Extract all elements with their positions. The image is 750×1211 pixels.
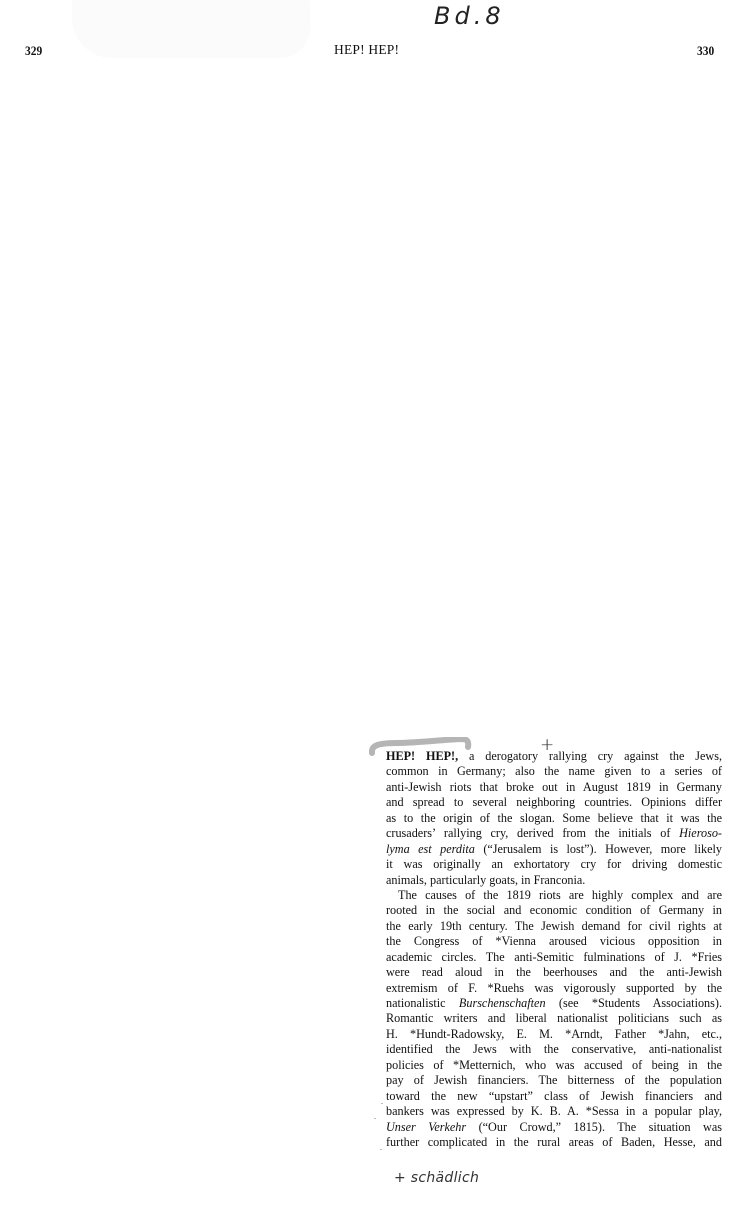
- article-line: common in Germany; also the name given t…: [386, 764, 722, 779]
- margin-dot: [381, 1103, 383, 1104]
- article-text: anti-Jewish riots that broke out in Augu…: [386, 780, 722, 794]
- article-line: further complicated in the rural areas o…: [386, 1135, 722, 1150]
- article-text: pay of Jewish financiers. The bitterness…: [386, 1073, 722, 1087]
- article-text: extremism of F. *Ruehs was vigorously su…: [386, 981, 722, 995]
- article-text: Romantic writers and liberal nationalist…: [386, 1011, 722, 1025]
- article-line: the Congress of *Vienna aroused vicious …: [386, 934, 722, 949]
- article-line: toward the new “upstart” class of Jewish…: [386, 1089, 722, 1104]
- article-text: (see *Students Associations).: [546, 996, 722, 1010]
- article-line: policies of *Metternich, who was accused…: [386, 1058, 722, 1073]
- article-text: academic circles. The anti-Semitic fulmi…: [386, 950, 722, 964]
- article-text: the early 19th century. The Jewish deman…: [386, 919, 722, 933]
- article-text: toward the new “upstart” class of Jewish…: [386, 1089, 722, 1103]
- running-head: HEP! HEP!: [334, 42, 399, 58]
- page-number-right: 330: [697, 43, 714, 59]
- article-text: it was originally an exhortatory cry for…: [386, 857, 722, 871]
- article-text: were read aloud in the beerhouses and th…: [386, 965, 722, 979]
- article-line: nationalistic Burschenschaften (see *Stu…: [386, 996, 722, 1011]
- page-number-left: 329: [25, 43, 42, 59]
- italic-term: Hieroso-: [679, 826, 722, 840]
- article-line: identified the Jews with the conservativ…: [386, 1042, 722, 1057]
- handwritten-volume-note: Bd.8: [434, 2, 505, 30]
- article-headword: HEP! HEP!,: [386, 749, 458, 763]
- article-text: rooted in the social and economic condit…: [386, 903, 722, 917]
- article-text: H. *Hundt-Radowsky, E. M. *Arndt, Father…: [386, 1027, 722, 1041]
- article-line: it was originally an exhortatory cry for…: [386, 857, 722, 872]
- article-text: common in Germany; also the name given t…: [386, 764, 722, 778]
- handwritten-bottom-note: + schädlich: [394, 1170, 479, 1186]
- article-line: crusaders’ rallying cry, derived from th…: [386, 826, 722, 841]
- article-text: identified the Jews with the conservativ…: [386, 1042, 722, 1056]
- article-text: (“Our Crowd,” 1815). The situation was: [466, 1120, 722, 1134]
- article-line: rooted in the social and economic condit…: [386, 903, 722, 918]
- article-line: Unser Verkehr (“Our Crowd,” 1815). The s…: [386, 1120, 722, 1135]
- article-line: H. *Hundt-Radowsky, E. M. *Arndt, Father…: [386, 1027, 722, 1042]
- article-line: animals, particularly goats, in Franconi…: [386, 873, 722, 888]
- article-line: were read aloud in the beerhouses and th…: [386, 965, 722, 980]
- article-line: Romantic writers and liberal nationalist…: [386, 1011, 722, 1026]
- article-line: and spread to several neighboring countr…: [386, 795, 722, 810]
- article-text: as to the origin of the slogan. Some bel…: [386, 811, 722, 825]
- italic-term: Unser Verkehr: [386, 1120, 466, 1134]
- article-line: extremism of F. *Ruehs was vigorously su…: [386, 981, 722, 996]
- article-text: The causes of the 1819 riots are highly …: [398, 888, 722, 902]
- article-line: anti-Jewish riots that broke out in Augu…: [386, 780, 722, 795]
- article-text: a derogatory rallying cry against the Je…: [458, 749, 722, 763]
- article-line: The causes of the 1819 riots are highly …: [386, 888, 722, 903]
- italic-term: Burschenschaften: [459, 996, 546, 1010]
- italic-term: lyma est perdita: [386, 842, 475, 856]
- article-line: bankers was expressed by K. B. A. *Sessa…: [386, 1104, 722, 1119]
- article-text: nationalistic: [386, 996, 459, 1010]
- margin-dot: [380, 1149, 382, 1150]
- margin-dot: [374, 1118, 376, 1119]
- article-text: the Congress of *Vienna aroused vicious …: [386, 934, 722, 948]
- article-line: HEP! HEP!, a derogatory rallying cry aga…: [386, 749, 722, 764]
- article-text: further complicated in the rural areas o…: [386, 1135, 722, 1149]
- article-line: pay of Jewish financiers. The bitterness…: [386, 1073, 722, 1088]
- article-line: academic circles. The anti-Semitic fulmi…: [386, 950, 722, 965]
- article-line: the early 19th century. The Jewish deman…: [386, 919, 722, 934]
- article-line: as to the origin of the slogan. Some bel…: [386, 811, 722, 826]
- encyclopedia-article: HEP! HEP!, a derogatory rallying cry aga…: [386, 749, 722, 1150]
- article-line: lyma est perdita (“Jerusalem is lost”). …: [386, 842, 722, 857]
- article-text: crusaders’ rallying cry, derived from th…: [386, 826, 679, 840]
- scan-smudge: [72, 0, 310, 58]
- article-text: animals, particularly goats, in Franconi…: [386, 873, 585, 887]
- article-text: bankers was expressed by K. B. A. *Sessa…: [386, 1104, 722, 1118]
- article-text: (“Jerusalem is lost”). However, more lik…: [475, 842, 722, 856]
- article-text: and spread to several neighboring countr…: [386, 795, 722, 809]
- article-text: policies of *Metternich, who was accused…: [386, 1058, 722, 1072]
